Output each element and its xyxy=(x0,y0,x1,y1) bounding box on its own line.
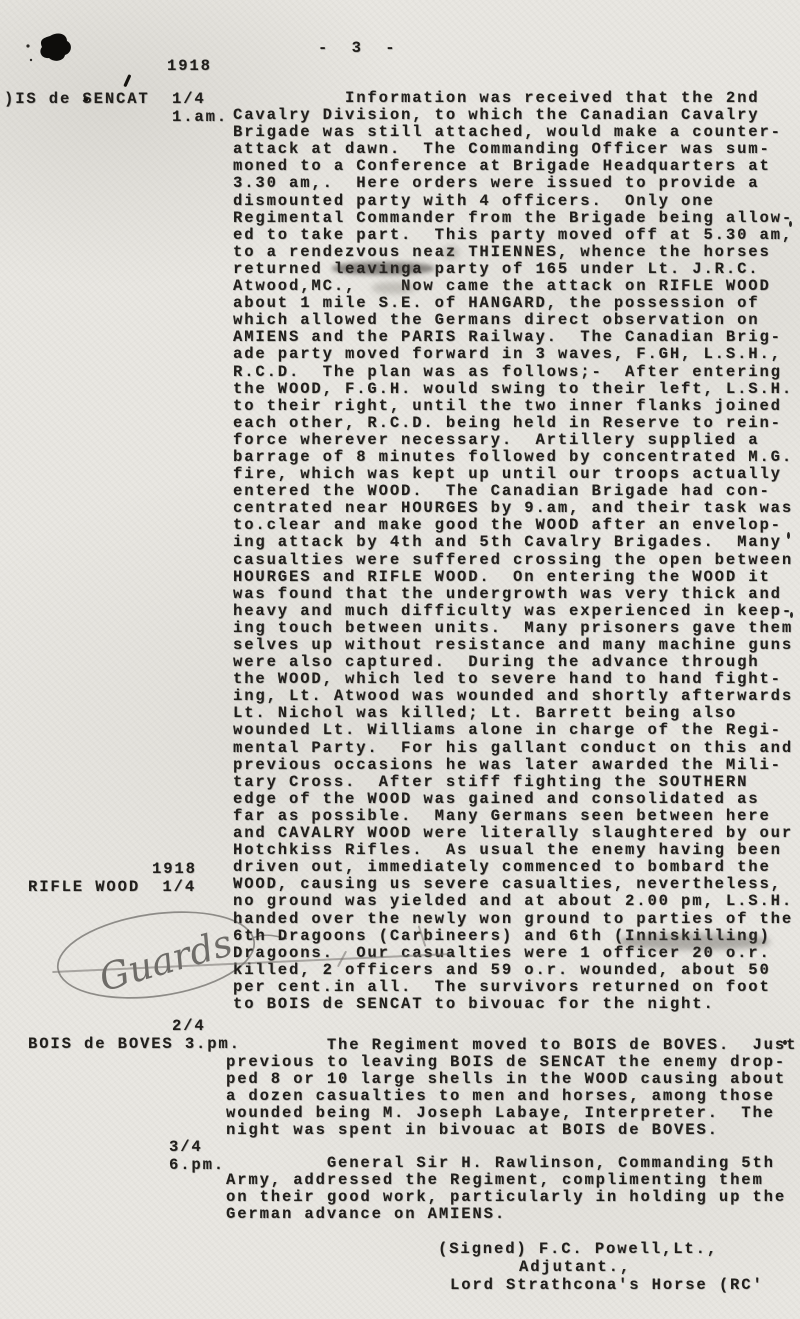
signature-signed-line: (Signed) F.C. Powell,Lt., xyxy=(438,1241,718,1258)
ink-speck xyxy=(787,532,790,539)
margin-entry2-location-date: RIFLE WOOD 1/4 xyxy=(28,879,196,896)
ink-speck xyxy=(789,221,792,227)
margin-entry3-location-time: BOIS de BOVES 3.pm. xyxy=(28,1036,241,1053)
page-number: - 3 - xyxy=(318,40,396,57)
margin-entry3-date: 2/4 xyxy=(172,1018,206,1035)
ink-speck xyxy=(783,1040,787,1045)
signature-regiment-line: Lord Strathcona's Horse (RC' xyxy=(450,1277,764,1294)
body-paragraph-3: General Sir H. Rawlinson, Commanding 5th… xyxy=(226,1155,786,1223)
margin-entry4-time: 6.pm. xyxy=(169,1157,225,1174)
margin-entry1-location-date: )IS de SENCAT 1/4 xyxy=(4,91,206,108)
margin-year-mid: 1918 xyxy=(152,861,197,878)
scanned-war-diary-page: { "page": { "page_number": "- 3 -" }, "m… xyxy=(0,0,800,1319)
margin-year-top: 1918 xyxy=(167,58,212,75)
handwritten-guards-text: Guards xyxy=(95,921,237,1000)
margin-entry1-time: 1.am. xyxy=(172,109,228,126)
body-paragraph-2: The Regiment moved to BOIS de BOVES. Jus… xyxy=(226,1037,797,1140)
signature-adjutant-line: Adjutant., xyxy=(519,1259,631,1276)
ink-speck xyxy=(790,612,793,618)
margin-entry4-date: 3/4 xyxy=(169,1139,203,1156)
body-paragraph-1: Information was received that the 2nd Ca… xyxy=(233,90,793,1013)
